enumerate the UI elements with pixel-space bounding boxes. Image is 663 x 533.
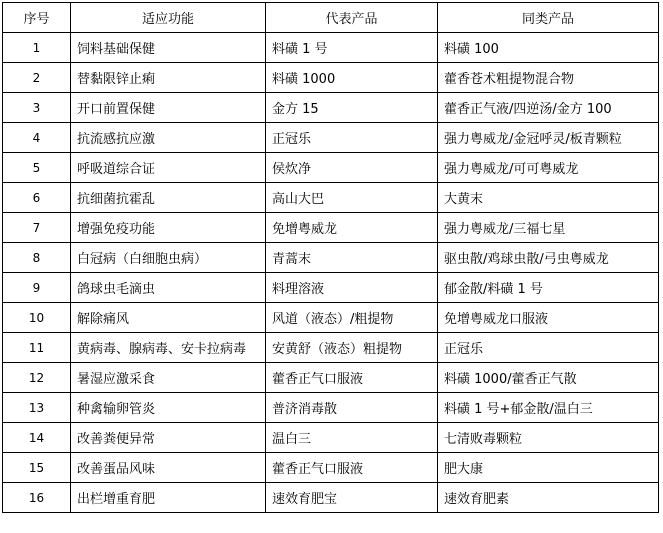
cell-function: 解除痛风 <box>71 303 266 333</box>
cell-similar: 速效育肥素 <box>438 483 659 513</box>
table-row: 15改善蛋品风味藿香正气口服液肥大康 <box>3 453 659 483</box>
cell-similar: 藿香苍术粗提物混合物 <box>438 63 659 93</box>
header-product: 代表产品 <box>266 3 438 33</box>
table-row: 12暑湿应激采食藿香正气口服液料磺 1000/藿香正气散 <box>3 363 659 393</box>
cell-similar: 驱虫散/鸡球虫散/弓虫粤威龙 <box>438 243 659 273</box>
cell-function: 饲料基础保健 <box>71 33 266 63</box>
table-row: 2替黏限锌止痢料磺 1000藿香苍术粗提物混合物 <box>3 63 659 93</box>
cell-no: 10 <box>3 303 71 333</box>
cell-product: 金方 15 <box>266 93 438 123</box>
cell-similar: 免增粤威龙口服液 <box>438 303 659 333</box>
table-row: 16出栏增重育肥速效育肥宝速效育肥素 <box>3 483 659 513</box>
cell-function: 暑湿应激采食 <box>71 363 266 393</box>
cell-product: 料理溶液 <box>266 273 438 303</box>
header-similar: 同类产品 <box>438 3 659 33</box>
cell-function: 改善粪便异常 <box>71 423 266 453</box>
cell-product: 普济消毒散 <box>266 393 438 423</box>
header-row: 序号 适应功能 代表产品 同类产品 <box>3 3 659 33</box>
cell-similar: 强力粤威龙/三福七星 <box>438 213 659 243</box>
cell-similar: 肥大康 <box>438 453 659 483</box>
cell-function: 替黏限锌止痢 <box>71 63 266 93</box>
cell-function: 开口前置保健 <box>71 93 266 123</box>
table-row: 13种禽输卵管炎普济消毒散料磺 1 号+郁金散/温白三 <box>3 393 659 423</box>
cell-similar: 正冠乐 <box>438 333 659 363</box>
cell-function: 抗细菌抗霍乱 <box>71 183 266 213</box>
table-row: 1饲料基础保健料磺 1 号料磺 100 <box>3 33 659 63</box>
cell-similar: 料磺 100 <box>438 33 659 63</box>
cell-similar: 郁金散/料磺 1 号 <box>438 273 659 303</box>
cell-function: 鸽球虫毛滴虫 <box>71 273 266 303</box>
cell-no: 1 <box>3 33 71 63</box>
cell-no: 9 <box>3 273 71 303</box>
table-row: 6抗细菌抗霍乱高山大巴大黄末 <box>3 183 659 213</box>
cell-no: 4 <box>3 123 71 153</box>
cell-product: 藿香正气口服液 <box>266 453 438 483</box>
cell-similar: 藿香正气液/四逆汤/金方 100 <box>438 93 659 123</box>
cell-product: 免增粤威龙 <box>266 213 438 243</box>
cell-similar: 料磺 1000/藿香正气散 <box>438 363 659 393</box>
product-table: 序号 适应功能 代表产品 同类产品 1饲料基础保健料磺 1 号料磺 1002替黏… <box>2 2 659 513</box>
cell-product: 速效育肥宝 <box>266 483 438 513</box>
cell-similar: 强力粤威龙/可可粤威龙 <box>438 153 659 183</box>
cell-no: 12 <box>3 363 71 393</box>
cell-function: 增强免疫功能 <box>71 213 266 243</box>
header-function: 适应功能 <box>71 3 266 33</box>
cell-no: 16 <box>3 483 71 513</box>
cell-no: 8 <box>3 243 71 273</box>
cell-similar: 强力粤威龙/金冠呼灵/板青颗粒 <box>438 123 659 153</box>
cell-product: 青蒿末 <box>266 243 438 273</box>
cell-no: 5 <box>3 153 71 183</box>
table-row: 10解除痛风风道（液态）/粗提物免增粤威龙口服液 <box>3 303 659 333</box>
table-row: 8白冠病（白细胞虫病）青蒿末驱虫散/鸡球虫散/弓虫粤威龙 <box>3 243 659 273</box>
cell-similar: 料磺 1 号+郁金散/温白三 <box>438 393 659 423</box>
cell-similar: 七清败毒颗粒 <box>438 423 659 453</box>
cell-function: 呼吸道综合证 <box>71 153 266 183</box>
cell-product: 料磺 1000 <box>266 63 438 93</box>
table-row: 3开口前置保健金方 15藿香正气液/四逆汤/金方 100 <box>3 93 659 123</box>
header-no: 序号 <box>3 3 71 33</box>
table-row: 4抗流感抗应激正冠乐强力粤威龙/金冠呼灵/板青颗粒 <box>3 123 659 153</box>
cell-no: 7 <box>3 213 71 243</box>
cell-no: 2 <box>3 63 71 93</box>
cell-product: 高山大巴 <box>266 183 438 213</box>
cell-function: 改善蛋品风味 <box>71 453 266 483</box>
cell-no: 13 <box>3 393 71 423</box>
cell-product: 风道（液态）/粗提物 <box>266 303 438 333</box>
cell-product: 正冠乐 <box>266 123 438 153</box>
cell-no: 14 <box>3 423 71 453</box>
cell-function: 出栏增重育肥 <box>71 483 266 513</box>
cell-product: 温白三 <box>266 423 438 453</box>
table-row: 14改善粪便异常温白三七清败毒颗粒 <box>3 423 659 453</box>
cell-product: 料磺 1 号 <box>266 33 438 63</box>
cell-function: 白冠病（白细胞虫病） <box>71 243 266 273</box>
cell-similar: 大黄末 <box>438 183 659 213</box>
cell-function: 种禽输卵管炎 <box>71 393 266 423</box>
cell-no: 3 <box>3 93 71 123</box>
cell-function: 抗流感抗应激 <box>71 123 266 153</box>
cell-no: 6 <box>3 183 71 213</box>
cell-function: 黄病毒、腺病毒、安卡拉病毒 <box>71 333 266 363</box>
cell-product: 安黄舒（液态）粗提物 <box>266 333 438 363</box>
table-row: 5呼吸道综合证侯炊净强力粤威龙/可可粤威龙 <box>3 153 659 183</box>
cell-no: 11 <box>3 333 71 363</box>
table-row: 9鸽球虫毛滴虫料理溶液郁金散/料磺 1 号 <box>3 273 659 303</box>
cell-product: 藿香正气口服液 <box>266 363 438 393</box>
cell-no: 15 <box>3 453 71 483</box>
table-row: 11黄病毒、腺病毒、安卡拉病毒安黄舒（液态）粗提物正冠乐 <box>3 333 659 363</box>
table-row: 7增强免疫功能免增粤威龙强力粤威龙/三福七星 <box>3 213 659 243</box>
cell-product: 侯炊净 <box>266 153 438 183</box>
